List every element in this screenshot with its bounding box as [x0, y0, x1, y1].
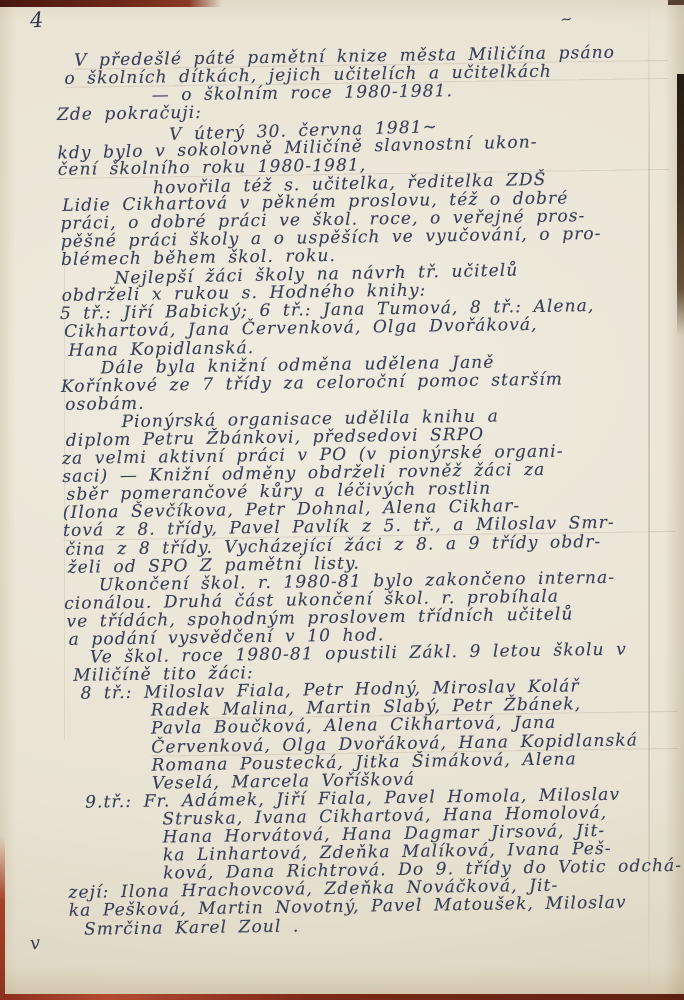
manuscript-text: V předešlé páté pamětní knize města Mili…: [56, 43, 681, 939]
tilde-ink-mark: ~: [559, 9, 574, 29]
page-number: 4: [29, 8, 44, 33]
book-cover-edge-bottom: [0, 994, 684, 1000]
scanned-chronicle-page-photo: 4 ~ V předešlé páté pamětní knize města …: [0, 0, 684, 1000]
binding-edge-right: [677, 74, 684, 336]
binding-edge-top-right: [668, 0, 684, 5]
book-cover-edge-left: [0, 837, 5, 997]
book-cover-edge-top: [0, 0, 222, 7]
checkmark-ink-mark: v: [29, 933, 41, 955]
